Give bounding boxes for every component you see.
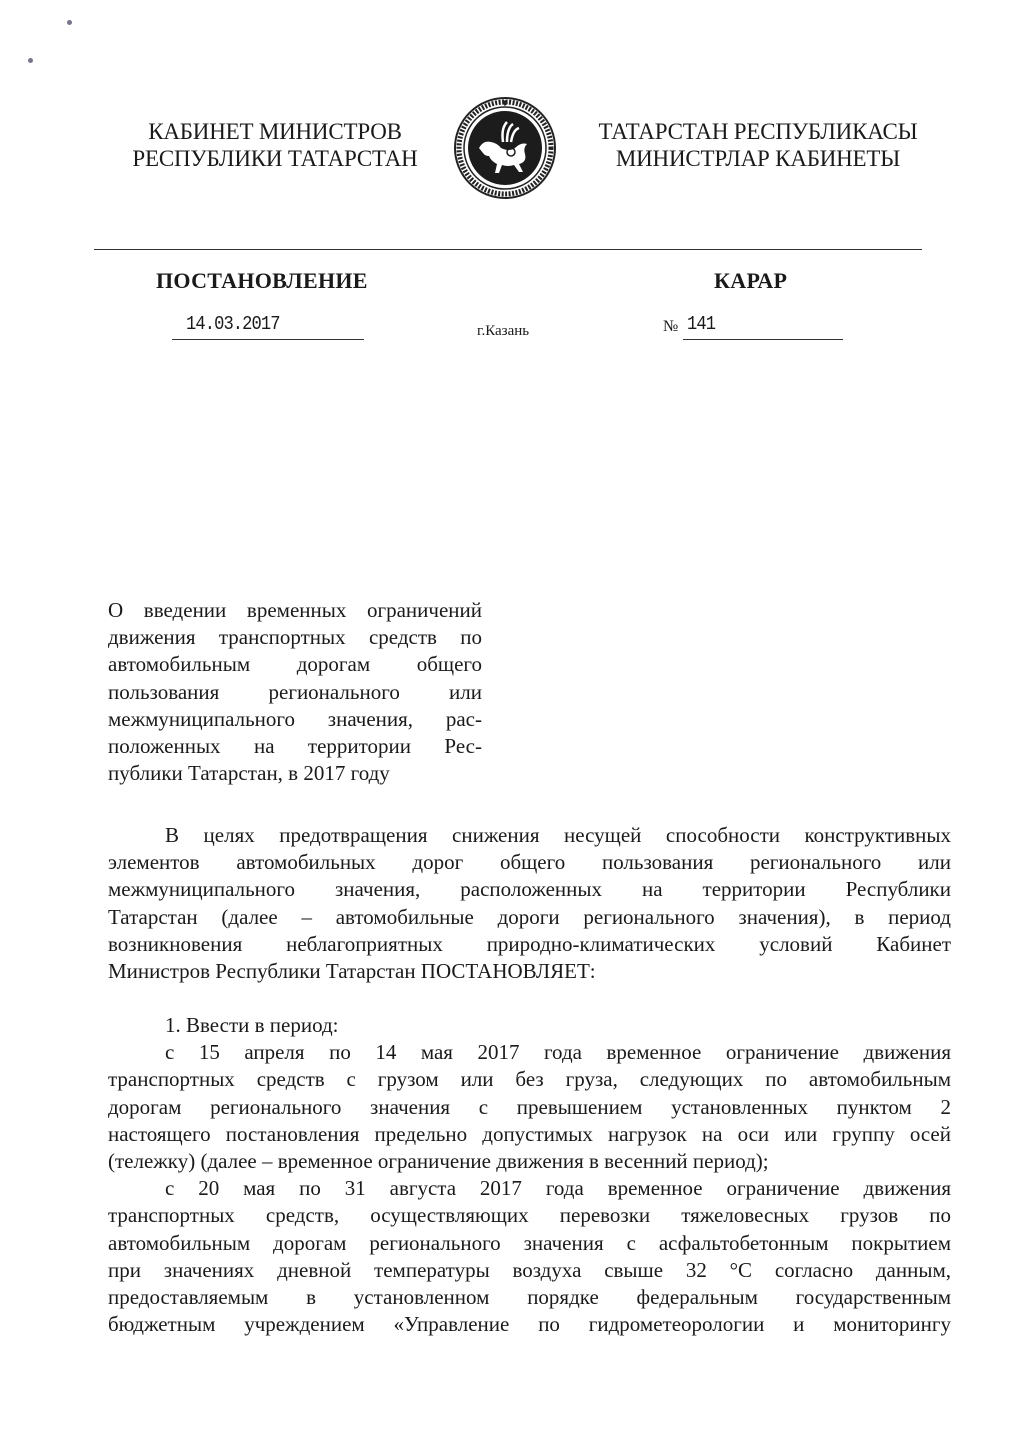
body-line: возникновения неблагоприятных природно-к… bbox=[108, 931, 951, 958]
clause-heading: 1. Ввести в период: bbox=[108, 1012, 951, 1039]
document-type-tatar: КАРАР bbox=[714, 268, 787, 294]
scan-artifact bbox=[67, 20, 72, 25]
body-line: при значениях дневной температуры воздух… bbox=[108, 1257, 951, 1284]
body-line: межмуниципального значения, расположенны… bbox=[108, 876, 951, 903]
org-left-line: РЕСПУБЛИКИ ТАТАРСТАН bbox=[110, 145, 440, 172]
body-line: настоящего постановления предельно допус… bbox=[108, 1121, 951, 1148]
subject-line: пользования регионального или bbox=[108, 679, 482, 706]
number-value: 141 bbox=[687, 313, 715, 335]
body-line: бюджетным учреждением «Управление по гид… bbox=[108, 1311, 951, 1338]
document-subject: О введении временных ограничений движени… bbox=[108, 597, 482, 787]
org-left-line: КАБИНЕТ МИНИСТРОВ bbox=[110, 118, 440, 145]
body-line: (тележку) (далее – временное ограничение… bbox=[108, 1148, 951, 1175]
body-line: с 20 мая по 31 августа 2017 года временн… bbox=[108, 1175, 951, 1202]
body-line: транспортных средств, осуществляющих пер… bbox=[108, 1202, 951, 1229]
subject-line: межмуниципального значения, рас- bbox=[108, 706, 482, 733]
coat-of-arms-icon bbox=[453, 96, 557, 200]
header-divider bbox=[94, 249, 922, 250]
subject-line: автомобильным дорогам общего bbox=[108, 651, 482, 678]
document-type-russian: ПОСТАНОВЛЕНИЕ bbox=[156, 268, 368, 294]
body-line: транспортных средств с грузом или без гр… bbox=[108, 1066, 951, 1093]
subject-line: публики Татарстан, в 2017 году bbox=[108, 760, 482, 787]
date-value: 14.03.2017 bbox=[186, 313, 280, 335]
subject-line: движения транспортных средств по bbox=[108, 624, 482, 651]
preamble-paragraph: В целях предотвращения снижения несущей … bbox=[108, 822, 951, 985]
organization-name-russian: КАБИНЕТ МИНИСТРОВ РЕСПУБЛИКИ ТАТАРСТАН bbox=[110, 118, 440, 172]
body-line: В целях предотвращения снижения несущей … bbox=[108, 822, 951, 849]
organization-name-tatar: ТАТАРСТАН РЕСПУБЛИКАСЫ МИНИСТРЛАР КАБИНЕ… bbox=[578, 118, 938, 172]
body-line: с 15 апреля по 14 мая 2017 года временно… bbox=[108, 1039, 951, 1066]
subject-line: О введении временных ограничений bbox=[108, 597, 482, 624]
clause-1: 1. Ввести в период: с 15 апреля по 14 ма… bbox=[108, 1012, 951, 1338]
date-field: 14.03.2017 bbox=[172, 313, 364, 340]
scan-artifact bbox=[28, 58, 33, 63]
body-line: дорогам регионального значения с превыше… bbox=[108, 1094, 951, 1121]
body-line: автомобильным дорогам регионального знач… bbox=[108, 1230, 951, 1257]
body-line: Министров Республики Татарстан ПОСТАНОВЛ… bbox=[108, 958, 951, 985]
body-line: элементов автомобильных дорог общего пол… bbox=[108, 849, 951, 876]
subject-line: положенных на территории Рес- bbox=[108, 733, 482, 760]
body-line: Татарстан (далее – автомобильные дороги … bbox=[108, 904, 951, 931]
city-label: г.Казань bbox=[477, 323, 529, 340]
body-line: предоставляемым в установленном порядке … bbox=[108, 1284, 951, 1311]
number-field: 141 bbox=[683, 313, 843, 340]
org-right-line: ТАТАРСТАН РЕСПУБЛИКАСЫ bbox=[578, 118, 938, 145]
number-sign: № bbox=[663, 318, 678, 336]
org-right-line: МИНИСТРЛАР КАБИНЕТЫ bbox=[578, 145, 938, 172]
